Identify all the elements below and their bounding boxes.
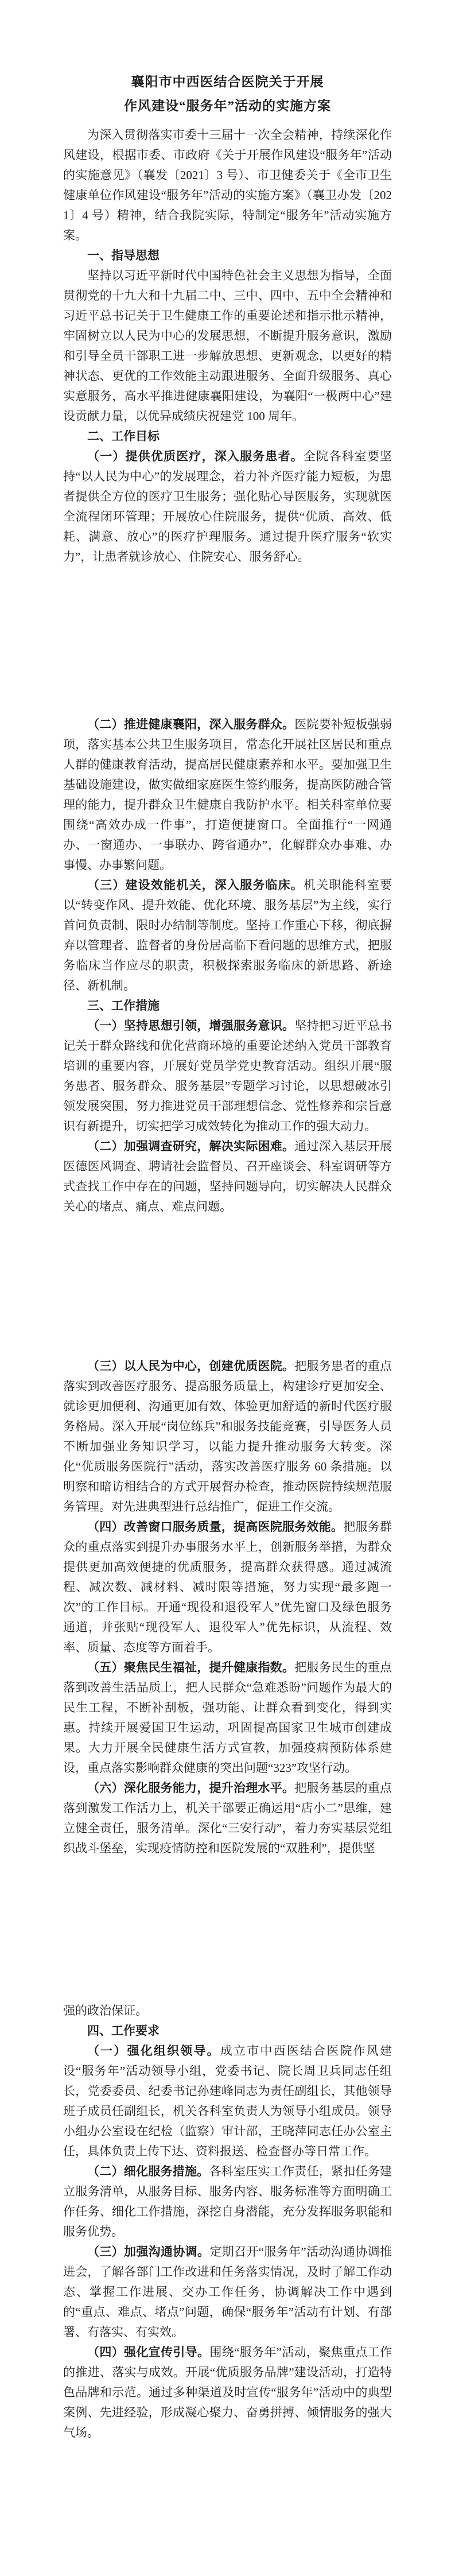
section-heading: 四、工作要求 xyxy=(63,2021,392,2041)
section-heading: 三、工作措施 xyxy=(63,996,392,1016)
page-break-gap xyxy=(63,1859,392,2001)
page-break-gap xyxy=(63,1217,392,1356)
document-blocks: 为深入贯彻落实市委十三届十一次全会精神，持续深化作风建设，根据市委、市政府《关于… xyxy=(63,125,392,2443)
paragraph-lead: （四）强化宣传引导。 xyxy=(87,2345,209,2359)
paragraph-lead: （二）推进健康襄阳，深入服务群众。 xyxy=(87,717,294,731)
paragraph-lead: （二）加强调查研究，解决实际困难。 xyxy=(87,1139,294,1153)
paragraph: （一）坚持思想引领，增强服务意识。坚持把习近平总书记关于群众路线和优化营商环境的… xyxy=(63,1016,392,1136)
paragraph: 强的政治保证。 xyxy=(63,2001,392,2021)
document-title-line-2: 作风建设“服务年”活动的实施方案 xyxy=(63,94,392,118)
paragraph: 为深入贯彻落实市委十三届十一次全会精神，持续深化作风建设，根据市委、市政府《关于… xyxy=(63,125,392,246)
paragraph-lead: （二）细化服务措施。 xyxy=(87,2164,209,2178)
document-page: 襄阳市中西医结合医院关于开展 作风建设“服务年”活动的实施方案 为深入贯彻落实市… xyxy=(0,0,455,2576)
paragraph: （一）强化组织领导。成立市中西医结合医院作风建设“服务年”活动领导小组，党委书记… xyxy=(63,2041,392,2162)
paragraph-lead: （一）坚持思想引领，增强服务意识。 xyxy=(87,1019,294,1033)
paragraph-lead: （一）强化组织领导。 xyxy=(87,2044,220,2058)
paragraph: （二）推进健康襄阳，深入服务群众。医院要补短板强弱项，落实基本公共卫生服务项目，… xyxy=(63,715,392,875)
document-title: 襄阳市中西医结合医院关于开展 作风建设“服务年”活动的实施方案 xyxy=(63,70,392,118)
section-heading: 一、指导思想 xyxy=(63,246,392,266)
paragraph-lead: （三）以人民为中心，创建优质医院。 xyxy=(87,1359,294,1373)
paragraph: （二）细化服务措施。各科室压实工作责任，紧扣任务建立服务清单，从服务目标、服务内… xyxy=(63,2162,392,2242)
document-title-line-1: 襄阳市中西医结合医院关于开展 xyxy=(63,70,392,94)
paragraph-lead: （六）深化服务能力，提升治理水平。 xyxy=(87,1781,294,1795)
paragraph-lead: （三）建设效能机关，深入服务临床。 xyxy=(87,878,304,892)
section-heading: 二、工作目标 xyxy=(63,426,392,447)
paragraph: （一）提供优质医疗，深入服务患者。全院各科室要坚持“以人民为中心”的发展理念，着… xyxy=(63,447,392,567)
paragraph: （五）聚焦民生福祉，提升健康指数。把服务民生的重点落到改善生活品质上，把人民群众… xyxy=(63,1658,392,1778)
title-spacer xyxy=(63,118,392,125)
page-break-gap xyxy=(63,567,392,715)
paragraph: （三）加强沟通协调。定期召开“服务年”活动沟通协调推进会，了解各部门工作改进和任… xyxy=(63,2242,392,2342)
paragraph: 坚持以习近平新时代中国特色社会主义思想为指导，全面贯彻党的十九大和十九届二中、三… xyxy=(63,266,392,426)
paragraph-lead: （三）加强沟通协调。 xyxy=(87,2245,209,2259)
paragraph-lead: （四）改善窗口服务质量，提高医院服务效能。 xyxy=(87,1520,343,1534)
paragraph: （三）以人民为中心，创建优质医院。把服务患者的重点落实到改善医疗服务、提高服务质… xyxy=(63,1356,392,1517)
paragraph: （四）强化宣传引导。围绕“服务年”活动，聚焦重点工作的推进、落实与成效。开展“优… xyxy=(63,2342,392,2443)
paragraph-lead: （一）提供优质医疗，深入服务患者。 xyxy=(87,449,304,463)
paragraph: （四）改善窗口服务质量，提高医院服务效能。把服务群众的重点落实到提升办事服务水平… xyxy=(63,1517,392,1658)
paragraph: （二）加强调查研究，解决实际困难。通过深入基层开展医德医风调查、聘请社会监督员、… xyxy=(63,1136,392,1217)
document-content: 襄阳市中西医结合医院关于开展 作风建设“服务年”活动的实施方案 为深入贯彻落实市… xyxy=(0,0,455,2443)
paragraph: （三）建设效能机关，深入服务临床。机关职能科室要以“转变作风、提升效能、优化环境… xyxy=(63,875,392,996)
paragraph-lead: （五）聚焦民生福祉，提升健康指数。 xyxy=(87,1661,294,1674)
paragraph: （六）深化服务能力，提升治理水平。把服务基层的重点落到激发工作活力上，机关干部要… xyxy=(63,1778,392,1859)
